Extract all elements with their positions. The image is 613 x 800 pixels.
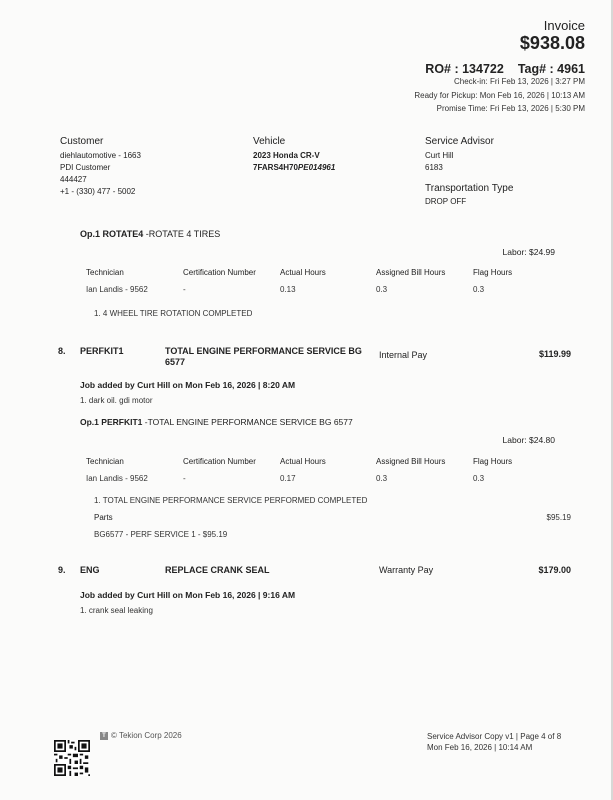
- actual-hours: 0.17: [280, 468, 376, 488]
- op-perfkit-labor: Labor: $24.80: [503, 435, 555, 445]
- job9-concern: 1. crank seal leaking: [80, 606, 153, 615]
- op-prefix: Op.1: [80, 417, 99, 427]
- job8-pay-type: Internal Pay: [379, 350, 427, 360]
- th-technician: Technician: [86, 454, 183, 468]
- tekion-logo-icon: T: [100, 732, 108, 740]
- tag-number: Tag# : 4961: [518, 62, 585, 76]
- qr-code: [54, 740, 90, 776]
- customer-name: diehlautomotive - 1663: [60, 150, 141, 162]
- invoice-total: $938.08: [520, 33, 585, 54]
- op-code: ROTATE4: [103, 229, 144, 239]
- footer-printed-time: Mon Feb 16, 2026 | 10:14 AM: [427, 743, 532, 752]
- copyright-text: © Tekion Corp 2026: [111, 731, 182, 740]
- assigned-bill-hours: 0.3: [376, 279, 473, 299]
- service-advisor-name: Curt Hill: [425, 150, 513, 162]
- customer-block: Customer diehlautomotive - 1663 PDI Cust…: [60, 136, 141, 198]
- job8-desc-line2: 6577: [165, 357, 362, 368]
- technician: Ian Landis - 9562: [86, 468, 183, 488]
- table-row: Ian Landis - 9562 - 0.13 0.3 0.3: [86, 279, 533, 299]
- job8-number: 8.: [58, 346, 66, 356]
- op-rotate-labor: Labor: $24.99: [503, 247, 555, 257]
- customer-type: PDI Customer: [60, 162, 141, 174]
- assigned-bill-hours: 0.3: [376, 468, 473, 488]
- th-actual-hours: Actual Hours: [280, 265, 376, 279]
- op-perfkit-tech-table: Technician Certification Number Actual H…: [86, 454, 533, 488]
- vehicle-block: Vehicle 2023 Honda CR-V 7FARS4H70PE01496…: [253, 136, 335, 174]
- job9-number: 9.: [58, 565, 66, 575]
- ready-for-pickup: Ready for Pickup: Mon Feb 16, 2026 | 10:…: [414, 91, 585, 100]
- op-desc: -ROTATE 4 TIRES: [146, 229, 221, 239]
- flag-hours: 0.3: [473, 468, 533, 488]
- customer-id: 444427: [60, 174, 141, 186]
- actual-hours: 0.13: [280, 279, 376, 299]
- flag-hours: 0.3: [473, 279, 533, 299]
- vehicle-vin: 7FARS4H70PE014961: [253, 162, 335, 174]
- customer-phone: +1 - (330) 477 - 5002: [60, 186, 141, 198]
- promise-time: Promise Time: Fri Feb 13, 2026 | 5:30 PM: [437, 104, 585, 113]
- ro-number: RO# : 134722: [425, 62, 504, 76]
- technician: Ian Landis - 9562: [86, 279, 183, 299]
- tech-table-header: Technician Certification Number Actual H…: [86, 265, 533, 279]
- service-advisor-label: Service Advisor: [425, 136, 513, 147]
- certification: -: [183, 468, 280, 488]
- op-prefix: Op.1: [80, 229, 100, 239]
- op-perfkit-title: Op.1 PERFKIT1 -TOTAL ENGINE PERFORMANCE …: [80, 417, 353, 427]
- job9-amount: $179.00: [538, 565, 571, 575]
- th-technician: Technician: [86, 265, 183, 279]
- job9-pay-type: Warranty Pay: [379, 565, 433, 575]
- th-certification: Certification Number: [183, 454, 280, 468]
- service-advisor-id: 6183: [425, 162, 513, 174]
- op-rotate-tech-table: Technician Certification Number Actual H…: [86, 265, 533, 299]
- invoice-title: Invoice: [544, 18, 585, 33]
- parts-label: Parts: [94, 513, 113, 522]
- vin-suffix: PE014961: [298, 163, 335, 172]
- job8-description: TOTAL ENGINE PERFORMANCE SERVICE BG 6577: [165, 346, 362, 368]
- tech-table-header: Technician Certification Number Actual H…: [86, 454, 533, 468]
- parts-total: $95.19: [547, 513, 571, 522]
- transportation-label: Transportation Type: [425, 183, 513, 194]
- vin-prefix: 7FARS4H70: [253, 163, 298, 172]
- part-line: BG6577 - PERF SERVICE 1 - $95.19: [94, 530, 227, 539]
- th-certification: Certification Number: [183, 265, 280, 279]
- footer-copy-info: Service Advisor Copy v1 | Page 4 of 8: [427, 732, 561, 741]
- job9-added-by: Job added by Curt Hill on Mon Feb 16, 20…: [80, 590, 295, 600]
- ro-tag-line: RO# : 134722Tag# : 4961: [425, 62, 585, 76]
- th-assigned-bill-hours: Assigned Bill Hours: [376, 265, 473, 279]
- table-row: Ian Landis - 9562 - 0.17 0.3 0.3: [86, 468, 533, 488]
- job8-code: PERFKIT1: [80, 346, 124, 356]
- transportation-value: DROP OFF: [425, 196, 513, 208]
- job8-desc-line1: TOTAL ENGINE PERFORMANCE SERVICE BG: [165, 346, 362, 357]
- op-desc: -TOTAL ENGINE PERFORMANCE SERVICE BG 657…: [145, 417, 353, 427]
- job9-code: ENG: [80, 565, 100, 575]
- th-actual-hours: Actual Hours: [280, 454, 376, 468]
- op-rotate-title: Op.1 ROTATE4 -ROTATE 4 TIRES: [80, 229, 220, 239]
- op-code: PERFKIT1: [101, 417, 142, 427]
- th-flag-hours: Flag Hours: [473, 454, 533, 468]
- job8-concern: 1. dark oil. gdi motor: [80, 396, 152, 405]
- th-flag-hours: Flag Hours: [473, 265, 533, 279]
- service-advisor-block: Service Advisor Curt Hill 6183 Transport…: [425, 136, 513, 208]
- op-perfkit-note: 1. TOTAL ENGINE PERFORMANCE SERVICE PERF…: [94, 496, 367, 505]
- job8-added-by: Job added by Curt Hill on Mon Feb 16, 20…: [80, 380, 295, 390]
- customer-label: Customer: [60, 136, 141, 147]
- op-rotate-note: 1. 4 WHEEL TIRE ROTATION COMPLETED: [94, 309, 252, 318]
- th-assigned-bill-hours: Assigned Bill Hours: [376, 454, 473, 468]
- vehicle-model: 2023 Honda CR-V: [253, 150, 335, 162]
- vehicle-label: Vehicle: [253, 136, 335, 147]
- footer-copyright: T© Tekion Corp 2026: [100, 731, 182, 740]
- job8-amount: $119.99: [539, 349, 571, 359]
- job9-description: REPLACE CRANK SEAL: [165, 565, 270, 575]
- check-in: Check-in: Fri Feb 13, 2026 | 3:27 PM: [454, 77, 585, 86]
- certification: -: [183, 279, 280, 299]
